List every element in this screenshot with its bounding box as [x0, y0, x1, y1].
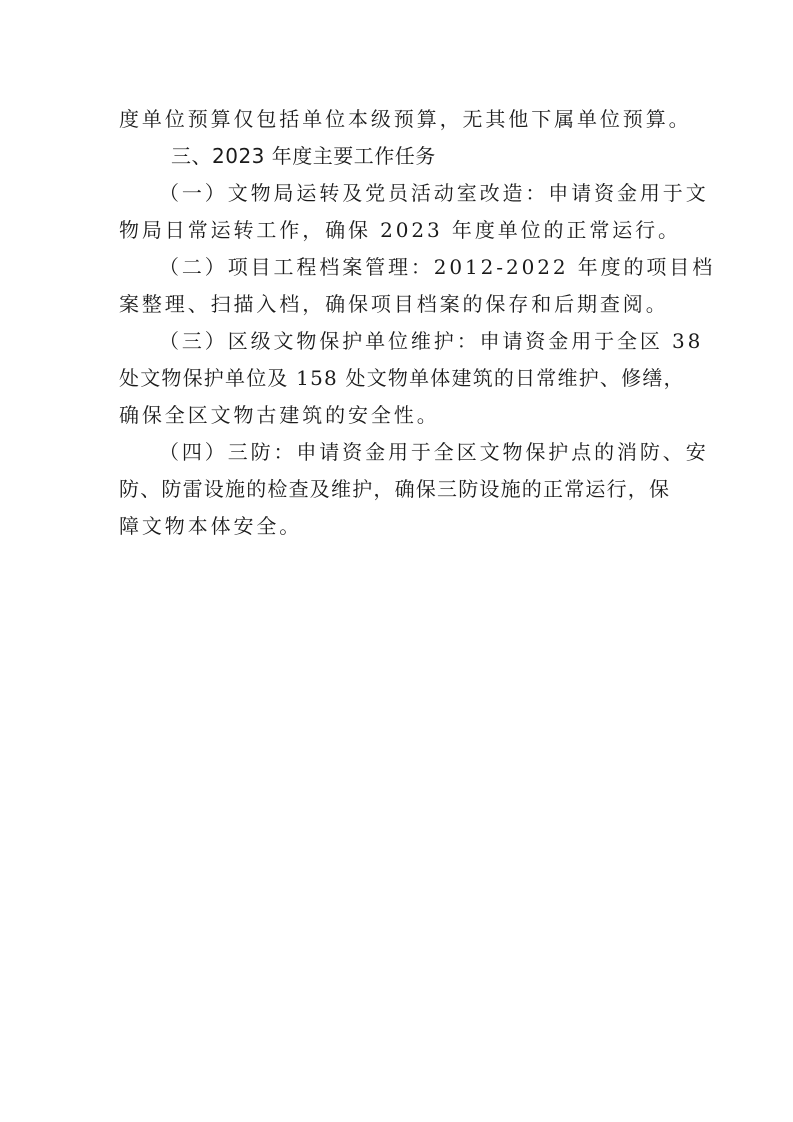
paragraph-3-line-3: 确保全区文物古建筑的安全性。 [119, 397, 677, 434]
paragraph-2-line-2: 案整理、扫描入档，确保项目档案的保存和后期查阅。 [119, 286, 677, 323]
paragraph-3-line-1: （三）区级文物保护单位维护：申请资金用于全区 38 [119, 323, 677, 360]
text-line: 度单位预算仅包括单位本级预算，无其他下属单位预算。 [119, 101, 677, 138]
paragraph-3-line-2: 处文物保护单位及 158 处文物单体建筑的日常维护、修缮， [119, 360, 677, 397]
paragraph-4-line-1: （四）三防：申请资金用于全区文物保护点的消防、安 [119, 434, 677, 471]
paragraph-2-line-1: （二）项目工程档案管理：2012-2022 年度的项目档 [119, 249, 677, 286]
paragraph-1-line-2: 物局日常运转工作，确保 2023 年度单位的正常运行。 [119, 212, 677, 249]
paragraph-4-line-2: 防、防雷设施的检查及维护，确保三防设施的正常运行，保 [119, 471, 677, 508]
section-heading: 三、2023 年度主要工作任务 [119, 138, 677, 175]
paragraph-1-line-1: （一）文物局运转及党员活动室改造：申请资金用于文 [119, 175, 677, 212]
document-body: 度单位预算仅包括单位本级预算，无其他下属单位预算。 三、2023 年度主要工作任… [119, 101, 677, 545]
document-page: 度单位预算仅包括单位本级预算，无其他下属单位预算。 三、2023 年度主要工作任… [0, 0, 793, 1122]
paragraph-4-line-3: 障文物本体安全。 [119, 508, 677, 545]
